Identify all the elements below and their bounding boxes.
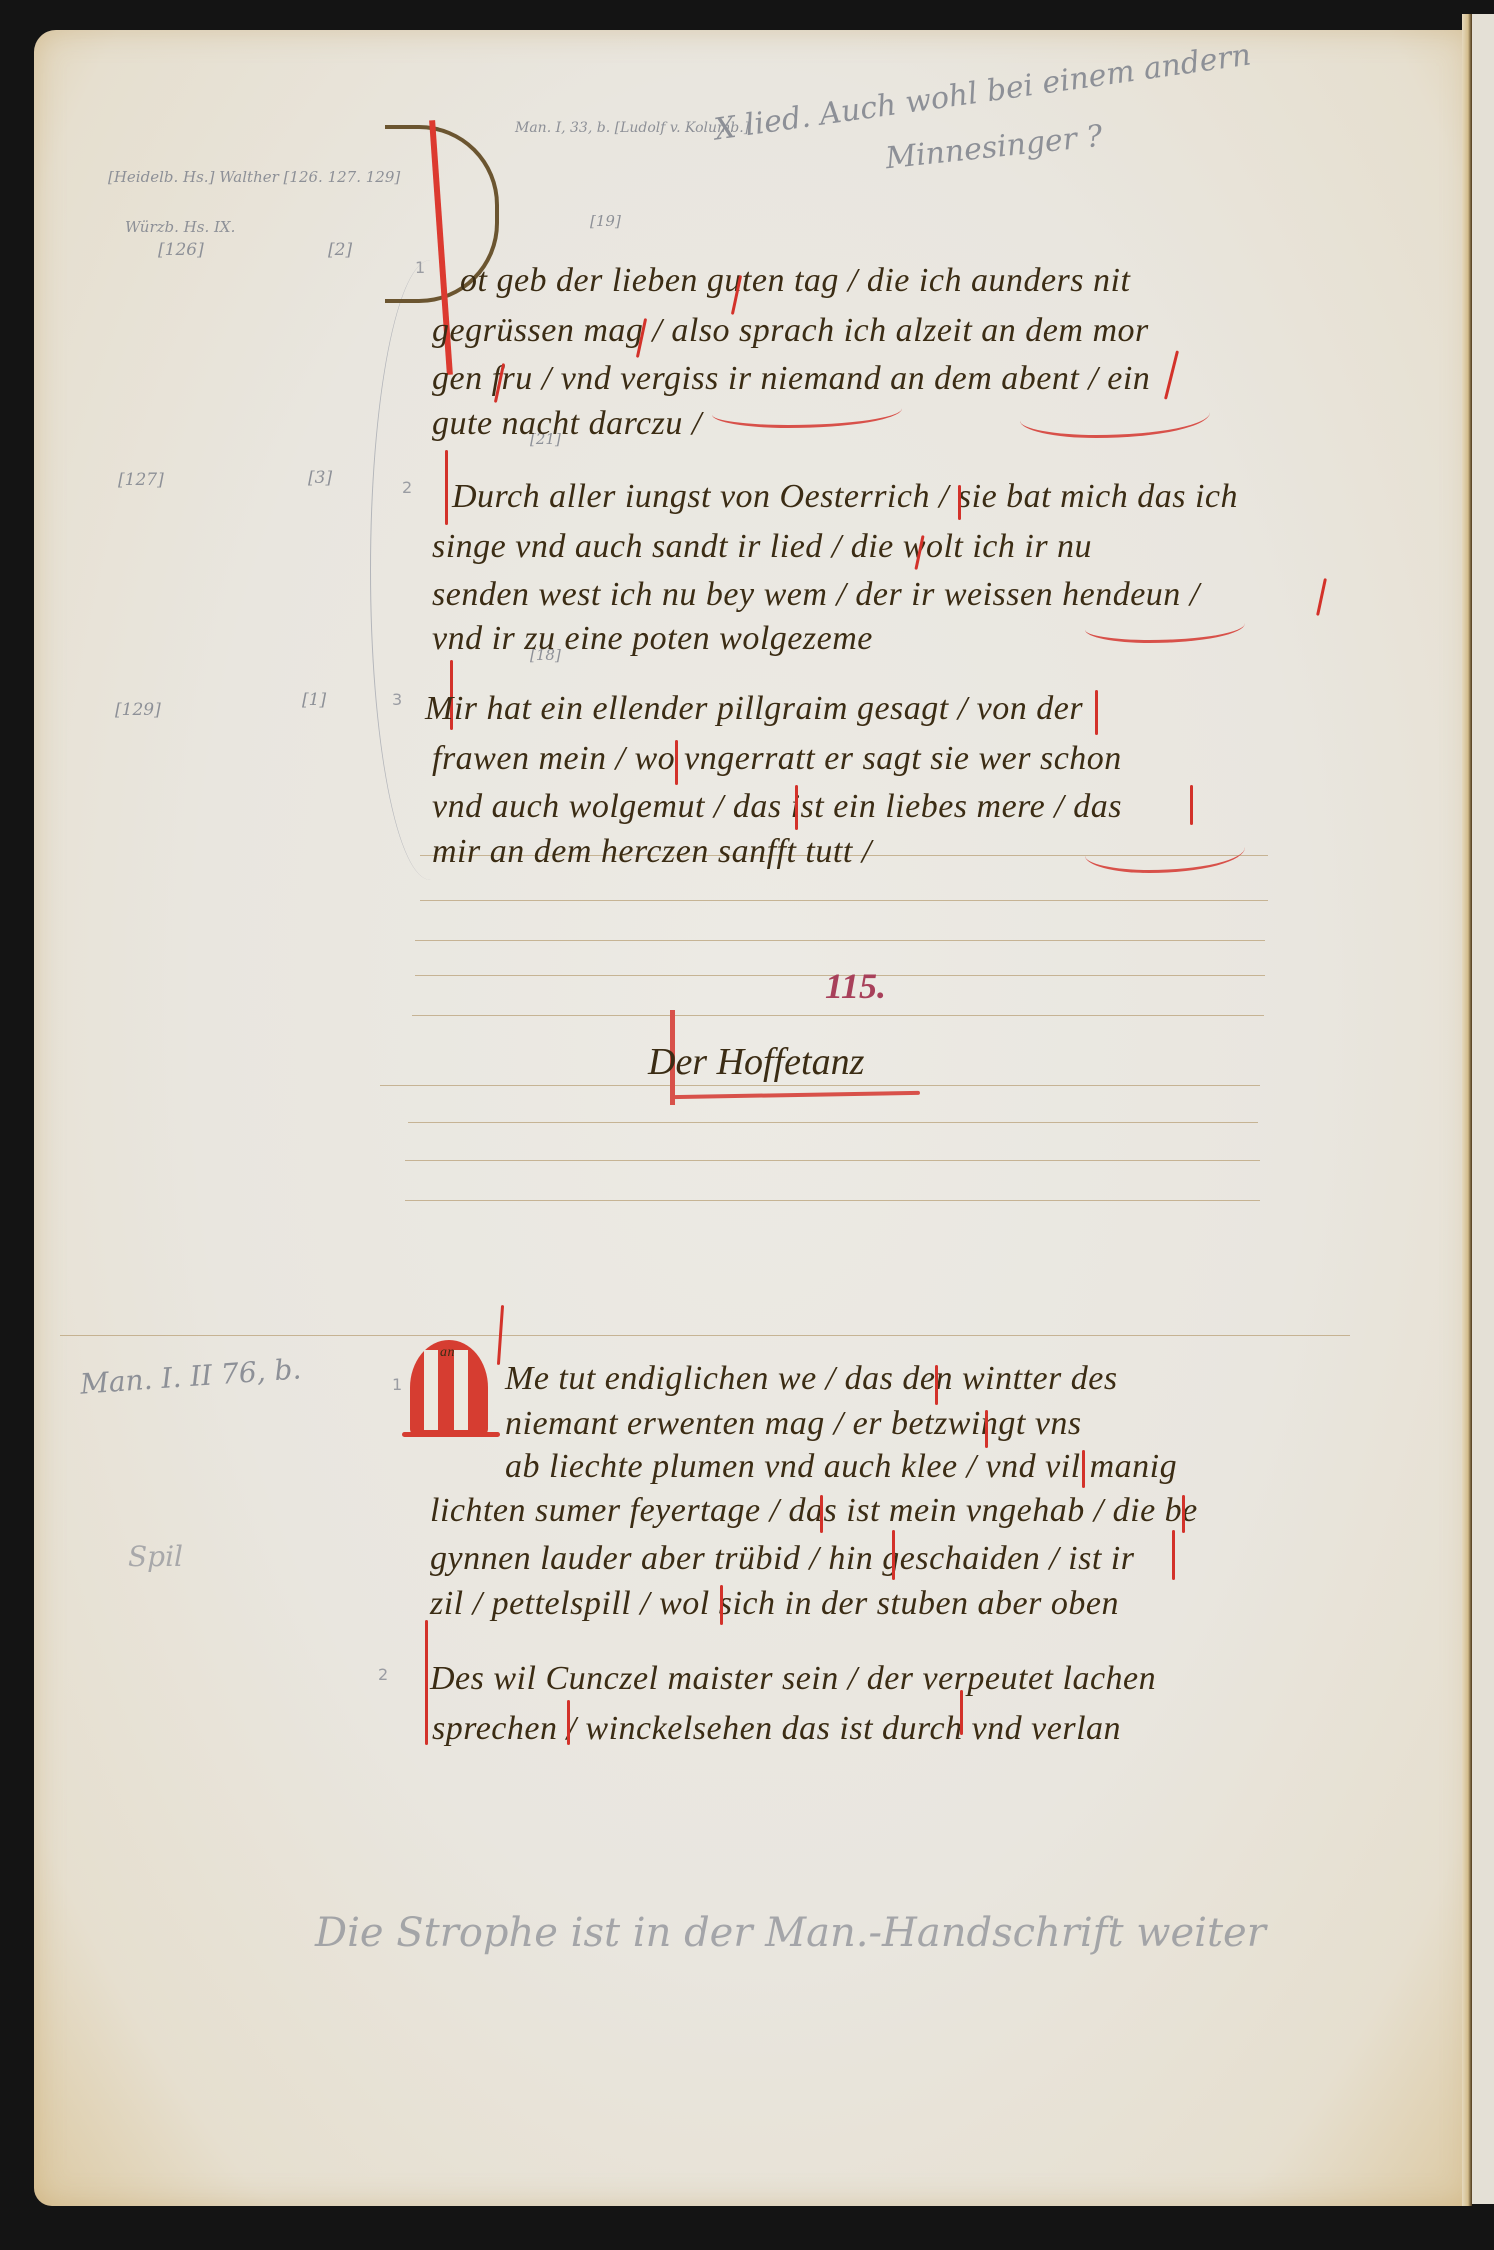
verse-line: gegrüssen mag / also sprach ich alzeit a…: [432, 312, 1149, 350]
stanza-number: 2: [378, 1665, 388, 1684]
rubric-stroke: [425, 1620, 428, 1745]
rubric-stroke: [1182, 1495, 1185, 1533]
verse-line: mir an dem herczen sanfft tutt /: [432, 833, 872, 871]
pencil-note-129: [129]: [115, 700, 161, 720]
song-title: Der Hoffetanz: [648, 1040, 864, 1084]
rubric-stroke: [958, 485, 961, 520]
verse-line: gute nacht darczu /: [432, 405, 702, 443]
ruling-line: [405, 1160, 1260, 1161]
verse-line: ot geb der lieben guten tag / die ich au…: [460, 262, 1130, 300]
rubric-stroke: [935, 1365, 938, 1405]
ruling-line: [412, 1015, 1264, 1016]
rubric-stroke: [1095, 690, 1098, 735]
rubric-stroke: [1190, 785, 1193, 825]
verse-line: frawen mein / wo vngerratt er sagt sie w…: [432, 740, 1122, 778]
verse-line: niemant erwenten mag / er betzwingt vns: [505, 1405, 1082, 1443]
verse-line: singe vnd auch sandt ir lied / die wolt …: [432, 528, 1092, 566]
pencil-note-3: [3]: [308, 468, 332, 488]
pencil-note-126: [126]: [158, 240, 204, 260]
pencil-note-heidelberg-ref: [Heidelb. Hs.] Walther [126. 127. 129]: [108, 168, 400, 186]
stanza-number: 1: [392, 1375, 402, 1394]
rubric-stroke: [445, 450, 448, 525]
verse-line: senden west ich nu bey wem / der ir weis…: [432, 576, 1200, 614]
ruling-line: [420, 900, 1268, 901]
pencil-note-127: [127]: [118, 470, 164, 490]
stanza-number: 1: [415, 258, 425, 277]
rubric-stroke: [567, 1700, 570, 1745]
rubric-stroke: [1082, 1450, 1085, 1488]
ruling-line: [60, 1335, 1350, 1336]
verse-line: Mir hat ein ellender pillgraim gesagt / …: [425, 690, 1083, 728]
pencil-bracket-arc: [370, 260, 491, 880]
ruling-line: [405, 1200, 1260, 1201]
pencil-note-19: [19]: [590, 212, 621, 230]
rubric-stroke: [960, 1690, 963, 1735]
initial-completion: an: [440, 1345, 455, 1361]
initial-m-base: [402, 1432, 500, 1437]
rubric-stroke: [892, 1530, 895, 1580]
rubric-stroke: [820, 1495, 823, 1533]
rubric-stroke: [985, 1410, 988, 1448]
ruling-line: [415, 940, 1265, 941]
verse-line: gen fru / vnd vergiss ir niemand an dem …: [432, 360, 1150, 398]
pencil-note-spil: Spil: [128, 1540, 183, 1573]
rubric-stroke: [675, 740, 678, 785]
verse-line: Durch aller iungst von Oesterrich / sie …: [452, 478, 1238, 516]
verse-line: zil / pettelspill / wol sich in der stub…: [430, 1585, 1119, 1623]
leaf-edge: [1462, 14, 1472, 2206]
verse-line: vnd ir zu eine poten wolgezeme: [432, 620, 873, 658]
verse-line: lichten sumer feyertage / das ist mein v…: [430, 1492, 1198, 1530]
verse-line: gynnen lauder aber trübid / hin geschaid…: [430, 1540, 1135, 1578]
rubric-stroke: [1172, 1530, 1175, 1580]
pencil-note-bottom: Die Strophe ist in der Man.-Handschrift …: [315, 1910, 1266, 1956]
song-number: 115.: [825, 965, 886, 1007]
pencil-note-bracket-2: [2]: [328, 240, 352, 260]
verse-line: ab liechte plumen vnd auch klee / vnd vi…: [505, 1448, 1177, 1486]
pencil-note-wuerzburg-ref: Würzb. Hs. IX.: [125, 218, 235, 236]
rubric-stroke: [795, 785, 798, 830]
ruling-line: [380, 1085, 1260, 1086]
verse-line: Des wil Cunczel maister sein / der verpe…: [430, 1660, 1156, 1698]
rubric-stroke: [720, 1585, 723, 1625]
stanza-number: 3: [392, 690, 402, 709]
pencil-note-1: [1]: [302, 690, 326, 710]
verse-line: vnd auch wolgemut / das ist ein liebes m…: [432, 788, 1122, 826]
stanza-number: 2: [402, 478, 412, 497]
adjacent-leaf: [1472, 14, 1494, 2204]
verse-line: sprechen / winckelsehen das ist durch vn…: [432, 1710, 1121, 1748]
ruling-line: [408, 1122, 1258, 1123]
parchment-leaf: [34, 30, 1472, 2206]
verse-line: Me tut endiglichen we / das den wintter …: [505, 1360, 1118, 1398]
